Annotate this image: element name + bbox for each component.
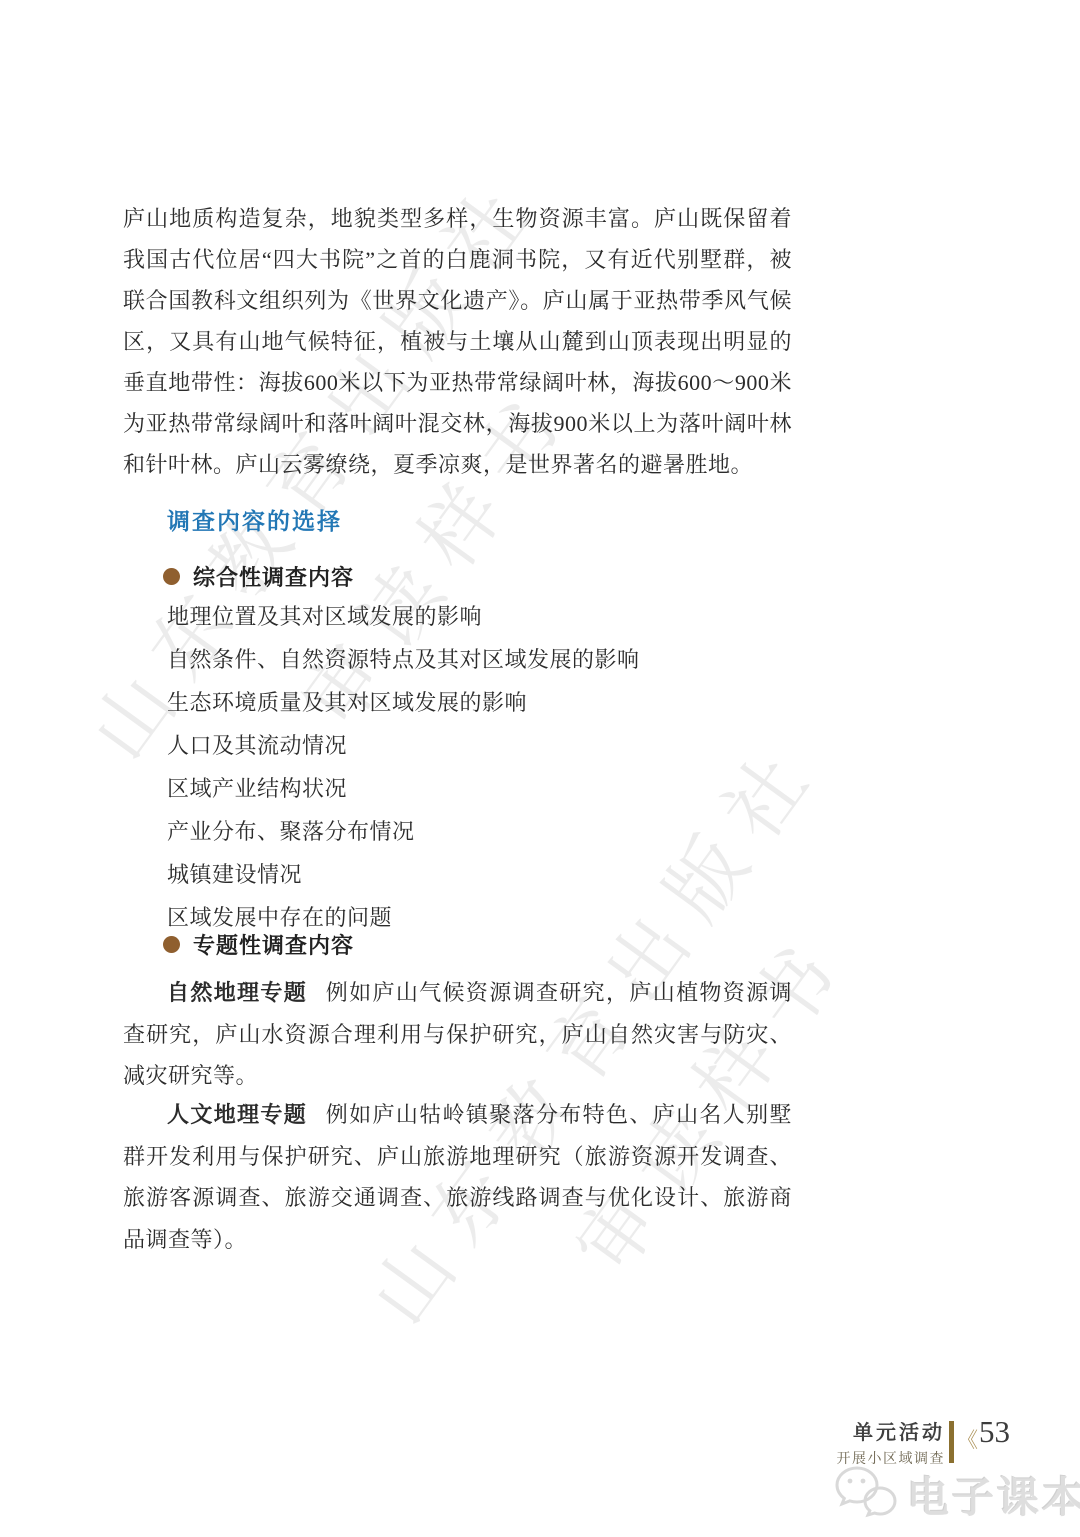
list-item: 人口及其流动情况 [167,724,787,767]
list-item: 区域产业结构状况 [167,767,787,810]
subsection-comprehensive: 综合性调查内容 [163,561,354,592]
textbook-page: 山东教育出版社 审读样书 山东教育出版社 审读样书 庐山地质构造复杂，地貌类型多… [0,0,1080,1537]
subsection-title: 专题性调查内容 [193,929,354,960]
brand-watermark-text: 电子课本大全 [907,1465,1080,1525]
physical-geography-paragraph: 自然地理专题例如庐山气候资源调查研究，庐山植物资源调查研究，庐山水资源合理利用与… [123,972,792,1097]
footer-divider-bar [949,1421,954,1463]
paragraph-label: 自然地理专题 [167,980,307,1005]
bullet-icon [163,936,180,953]
list-item: 产业分布、聚落分布情况 [167,810,787,853]
bullet-icon [163,568,180,585]
human-geography-paragraph: 人文地理专题例如庐山牯岭镇聚落分布特色、庐山名人别墅群开发利用与保护研究、庐山旅… [123,1094,792,1260]
list-item: 自然条件、自然资源特点及其对区域发展的影响 [167,638,787,681]
section-heading: 调查内容的选择 [167,503,342,536]
brand-watermark: 电子课本大全 [833,1463,1080,1526]
paragraph-label: 人文地理专题 [167,1102,307,1127]
list-item: 生态环境质量及其对区域发展的影响 [167,681,787,724]
subsection-title: 综合性调查内容 [193,561,354,592]
guillemet-icon: 《 [957,1424,978,1454]
chat-bubbles-icon [833,1463,899,1526]
survey-item-list: 地理位置及其对区域发展的影响 自然条件、自然资源特点及其对区域发展的影响 生态环… [167,595,787,939]
list-item: 城镇建设情况 [167,853,787,896]
footer-unit-title: 单元活动 [837,1416,946,1445]
page-number: 53 [979,1414,1010,1450]
list-item: 地理位置及其对区域发展的影响 [167,595,787,638]
footer-unit-block: 单元活动 开展小区域调查 [837,1416,946,1468]
intro-paragraph: 庐山地质构造复杂，地貌类型多样，生物资源丰富。庐山既保留着我国古代位居“四大书院… [123,198,792,485]
subsection-thematic: 专题性调查内容 [163,929,354,960]
